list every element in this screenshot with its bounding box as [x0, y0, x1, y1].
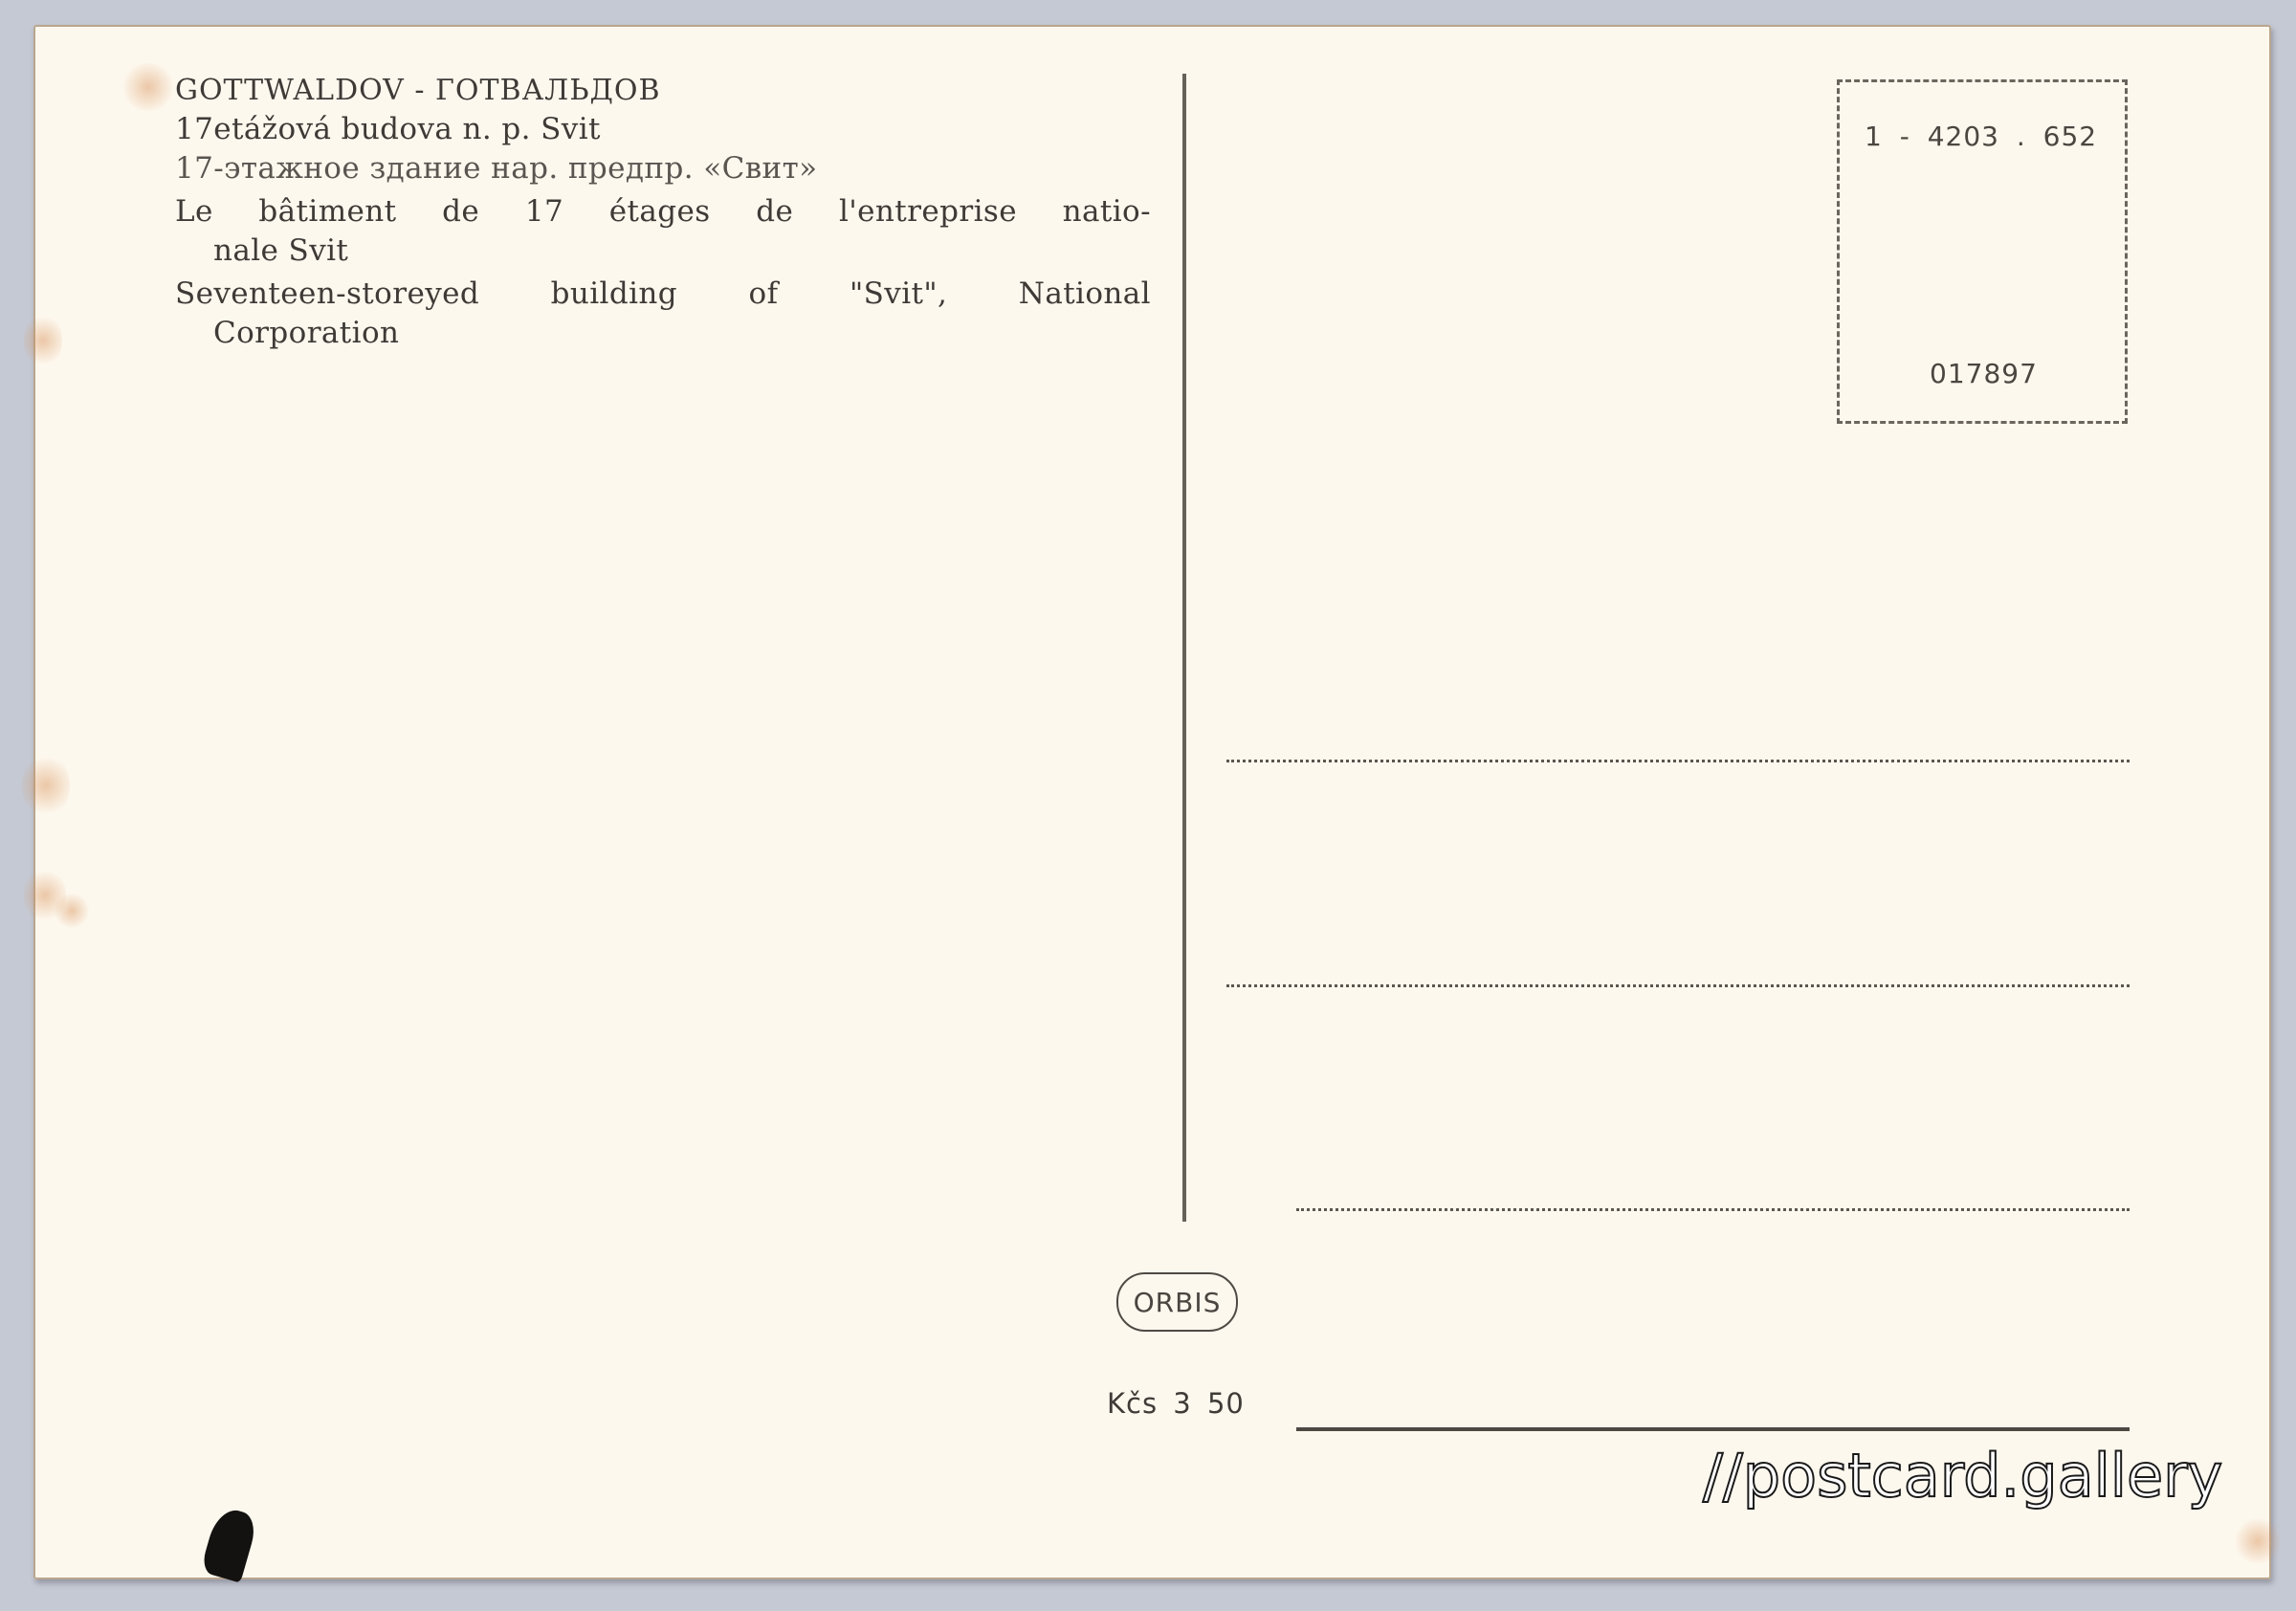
foxing-stain — [24, 867, 66, 924]
foxing-stain — [24, 312, 62, 369]
center-divider-line — [1182, 74, 1186, 1222]
caption-block: GOTTWALDOV - ГОТВАЛЬДОВ 17etážová budova… — [175, 71, 1151, 353]
caption-title: GOTTWALDOV - ГОТВАЛЬДОВ — [175, 71, 1151, 110]
foxing-stain — [2234, 1517, 2282, 1565]
stamp-serial: 017897 — [1930, 358, 2038, 389]
caption-english-line-2: Corporation — [175, 314, 1151, 353]
foxing-stain — [120, 63, 177, 111]
price-label: Kčs 3 50 — [1107, 1387, 1245, 1420]
address-line-1 — [1226, 760, 2130, 762]
foxing-stain — [53, 894, 91, 928]
address-line-2 — [1226, 984, 2130, 987]
address-line-3 — [1296, 1208, 2130, 1211]
stamp-box: 1 - 4203 . 652 017897 — [1837, 79, 2128, 424]
caption-french-line-1: Le bâtiment de 17 étages de l'entreprise… — [175, 192, 1151, 232]
orbis-publisher-logo: ORBIS — [1116, 1272, 1238, 1332]
caption-russian: 17-этажное здание нар. предпр. «Свит» — [175, 149, 1151, 188]
address-line-4 — [1296, 1427, 2130, 1431]
caption-czech: 17etážová budova n. p. Svit — [175, 110, 1151, 149]
caption-french-line-2: nale Svit — [175, 232, 1151, 271]
postcard-back: GOTTWALDOV - ГОТВАЛЬДОВ 17etážová budova… — [33, 25, 2271, 1579]
caption-english-line-1: Seventeen-storeyed building of "Svit", N… — [175, 275, 1151, 314]
postcard-gallery-watermark: //postcard.gallery — [1703, 1441, 2222, 1511]
orbis-logo-text: ORBIS — [1134, 1287, 1222, 1318]
foxing-stain — [22, 752, 70, 819]
ink-blot-mark — [200, 1505, 259, 1582]
stamp-code: 1 - 4203 . 652 — [1865, 121, 2097, 152]
